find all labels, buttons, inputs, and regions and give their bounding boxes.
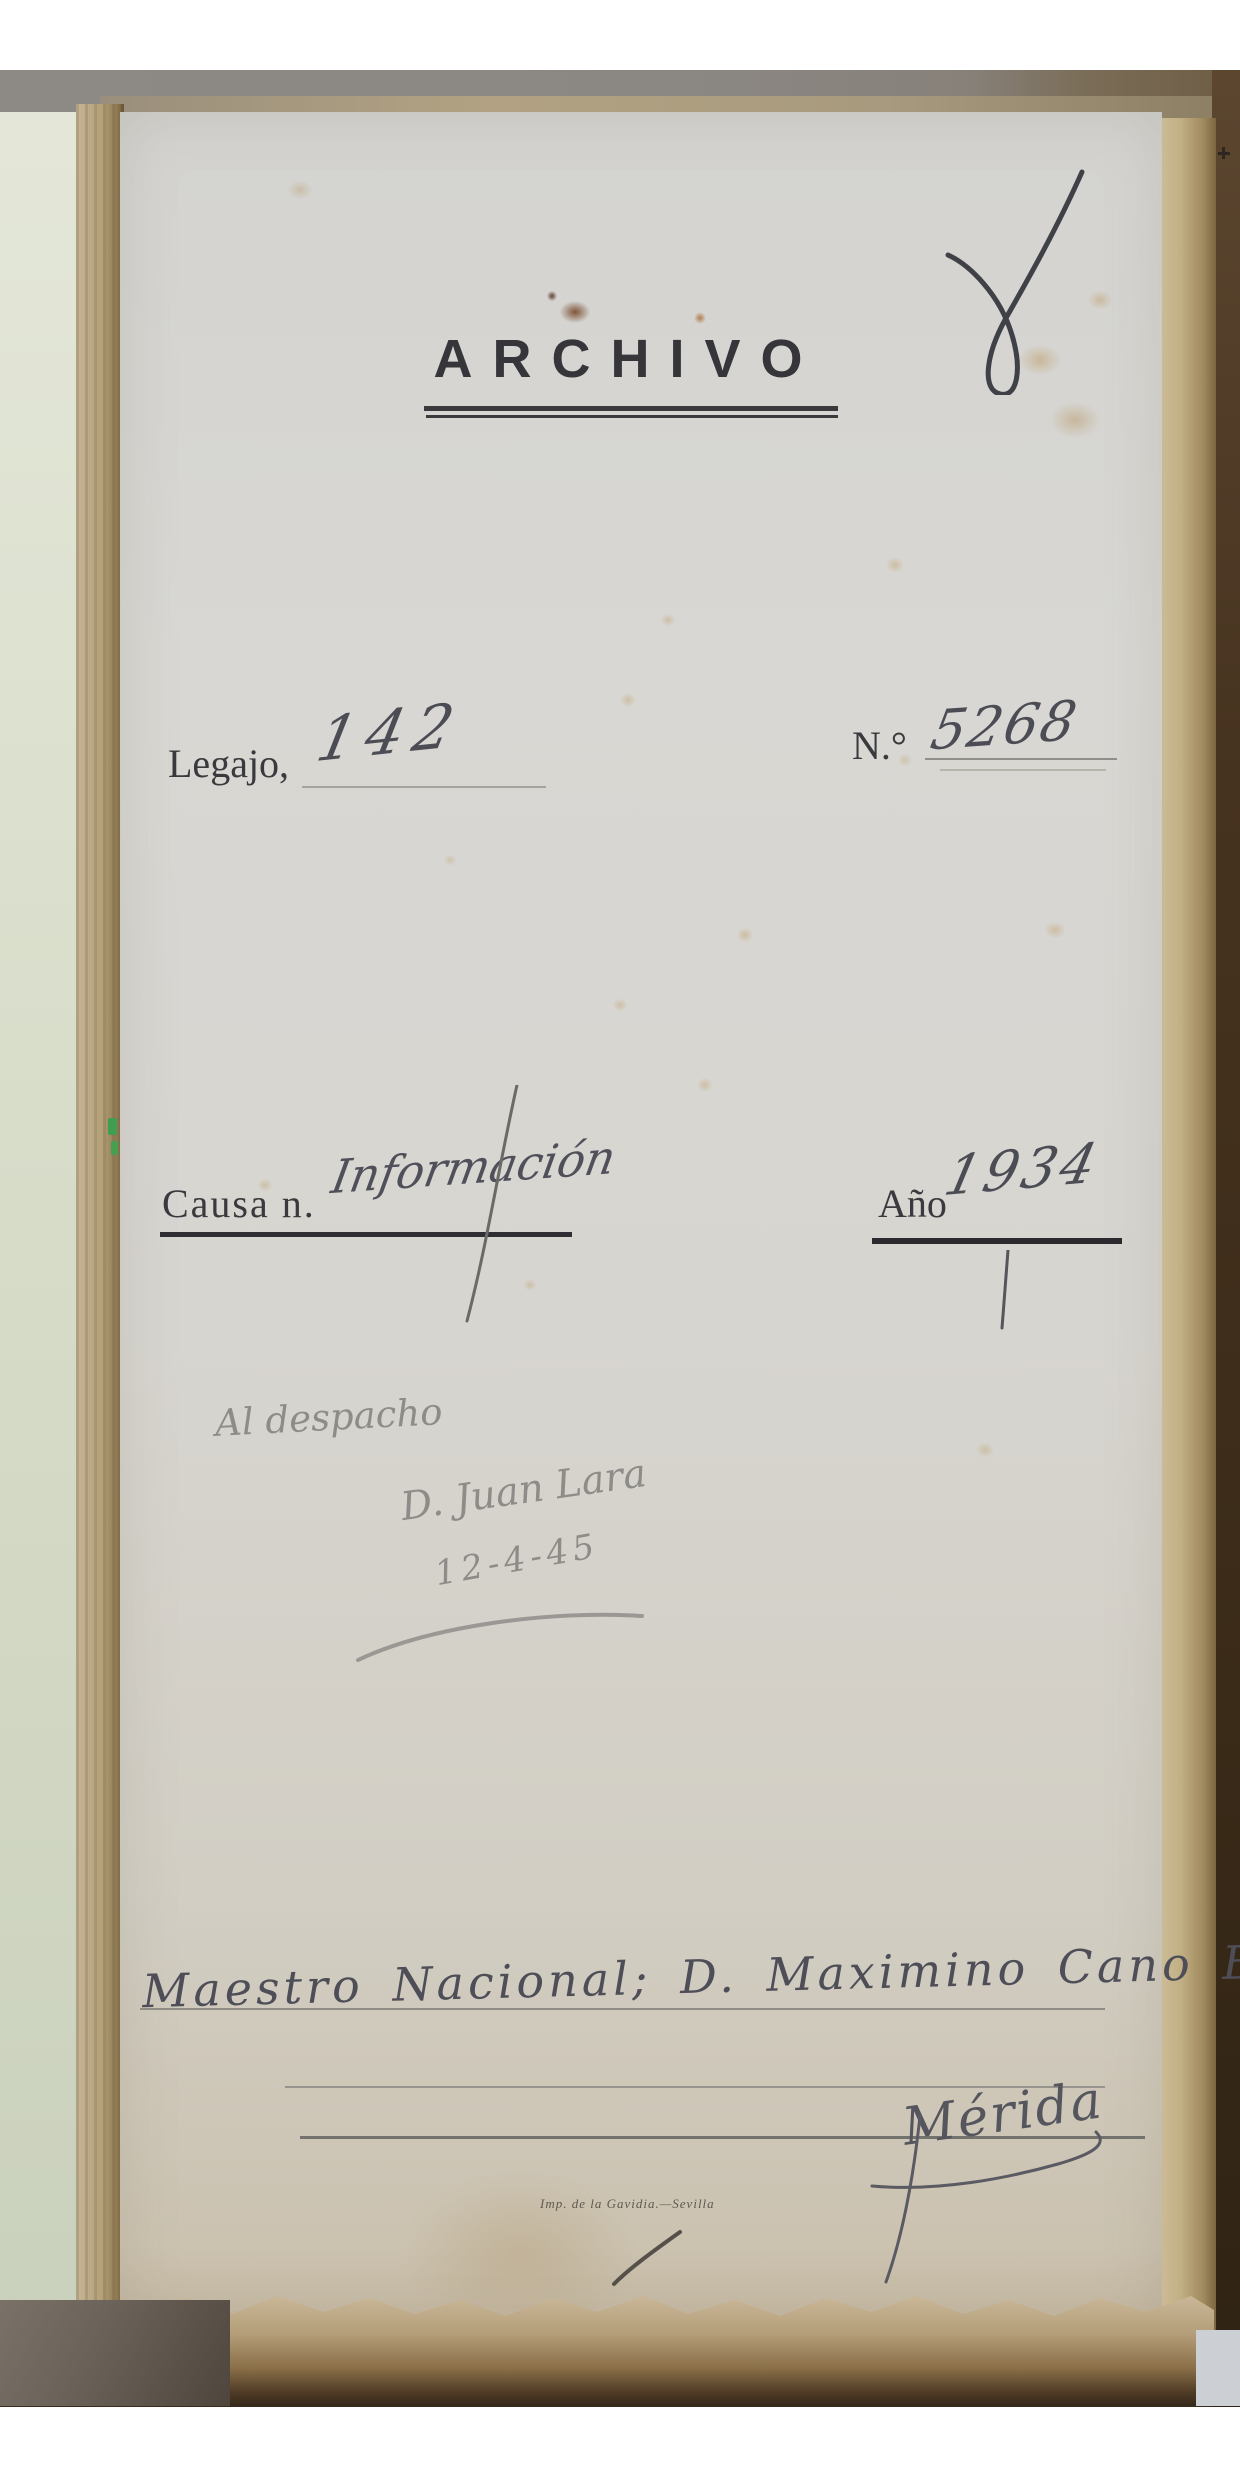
ano-label: Año [878, 1180, 947, 1227]
ink-checkmark-flourish [930, 160, 1110, 395]
causa-label: Causa n. [162, 1180, 316, 1227]
ink-pen-tick [996, 1250, 1016, 1330]
title-underline-top [424, 406, 838, 411]
signature-flourish [858, 2110, 1168, 2300]
green-edge-mark [108, 1118, 117, 1135]
folder-cover-edge [0, 112, 78, 2364]
binding-spine [76, 104, 124, 2384]
numero-handwritten-value: 5268 [926, 688, 1084, 762]
pencil-flourish [350, 1598, 650, 1668]
subject-ruled-line [140, 2008, 1105, 2010]
legajo-ruled-line [302, 786, 546, 788]
numero-label: N.° [852, 722, 907, 769]
legajo-label: Legajo, [168, 740, 289, 787]
printer-imprint: Imp. de la Gavidia.—Sevilla [540, 2196, 715, 2212]
document-title: ARCHIVO [408, 328, 848, 390]
bottom-right-patch [1196, 2330, 1240, 2406]
numero-ruled-line-faint [940, 769, 1106, 771]
ink-tick-below-imprint [608, 2228, 688, 2288]
green-edge-mark [111, 1141, 118, 1155]
bottom-left-shadow [0, 2300, 230, 2406]
ano-underline [872, 1238, 1122, 1244]
right-dark-edge [1212, 70, 1240, 2407]
title-underline-bottom [426, 415, 838, 418]
screenshot-root: ARCHIVO Legajo, 142 N.° 5268 Causa n. In… [0, 0, 1240, 2479]
corner-cross-mark [1222, 147, 1225, 159]
ink-pen-stroke [455, 1085, 535, 1325]
